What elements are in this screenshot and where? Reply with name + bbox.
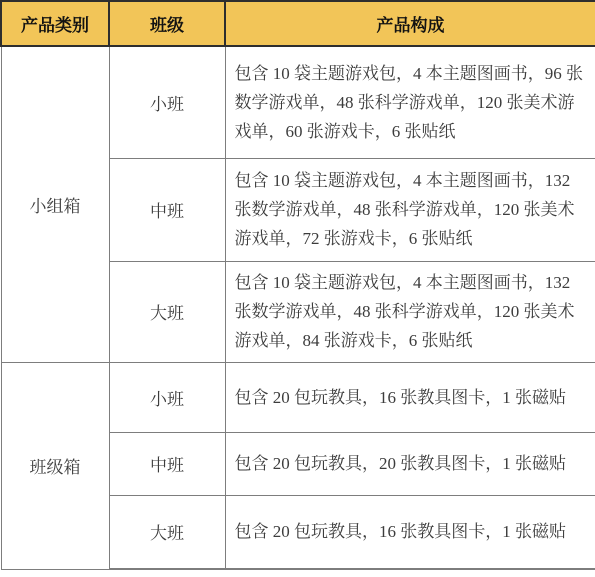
header-class-level: 班级 [109,1,225,46]
header-row: 产品类别 班级 产品构成 [1,1,595,46]
category-cell-class-box: 班级箱 [1,362,109,569]
class-cell: 中班 [109,432,225,495]
composition-cell: 包含 20 包玩教具，16 张教具图卡，1 张磁贴 [225,495,595,569]
composition-cell: 包含 10 袋主题游戏包，4 本主题图画书，132 张数学游戏单，48 张科学游… [225,158,595,261]
header-product-composition: 产品构成 [225,1,595,46]
product-table: 产品类别 班级 产品构成 小组箱 小班 包含 10 袋主题游戏包，4 本主题图画… [0,0,595,570]
header-product-category: 产品类别 [1,1,109,46]
table-row: 班级箱 小班 包含 20 包玩教具，16 张教具图卡，1 张磁贴 [1,362,595,432]
table-row: 小组箱 小班 包含 10 袋主题游戏包，4 本主题图画书，96 张数学游戏单，4… [1,46,595,158]
class-cell: 大班 [109,261,225,362]
class-cell: 中班 [109,158,225,261]
class-cell: 大班 [109,495,225,569]
composition-cell: 包含 10 袋主题游戏包，4 本主题图画书，132 张数学游戏单，48 张科学游… [225,261,595,362]
category-cell-group-box: 小组箱 [1,46,109,362]
class-cell: 小班 [109,362,225,432]
composition-cell: 包含 20 包玩教具，16 张教具图卡，1 张磁贴 [225,362,595,432]
composition-cell: 包含 10 袋主题游戏包，4 本主题图画书，96 张数学游戏单，48 张科学游戏… [225,46,595,158]
class-cell: 小班 [109,46,225,158]
composition-cell: 包含 20 包玩教具，20 张教具图卡，1 张磁贴 [225,432,595,495]
